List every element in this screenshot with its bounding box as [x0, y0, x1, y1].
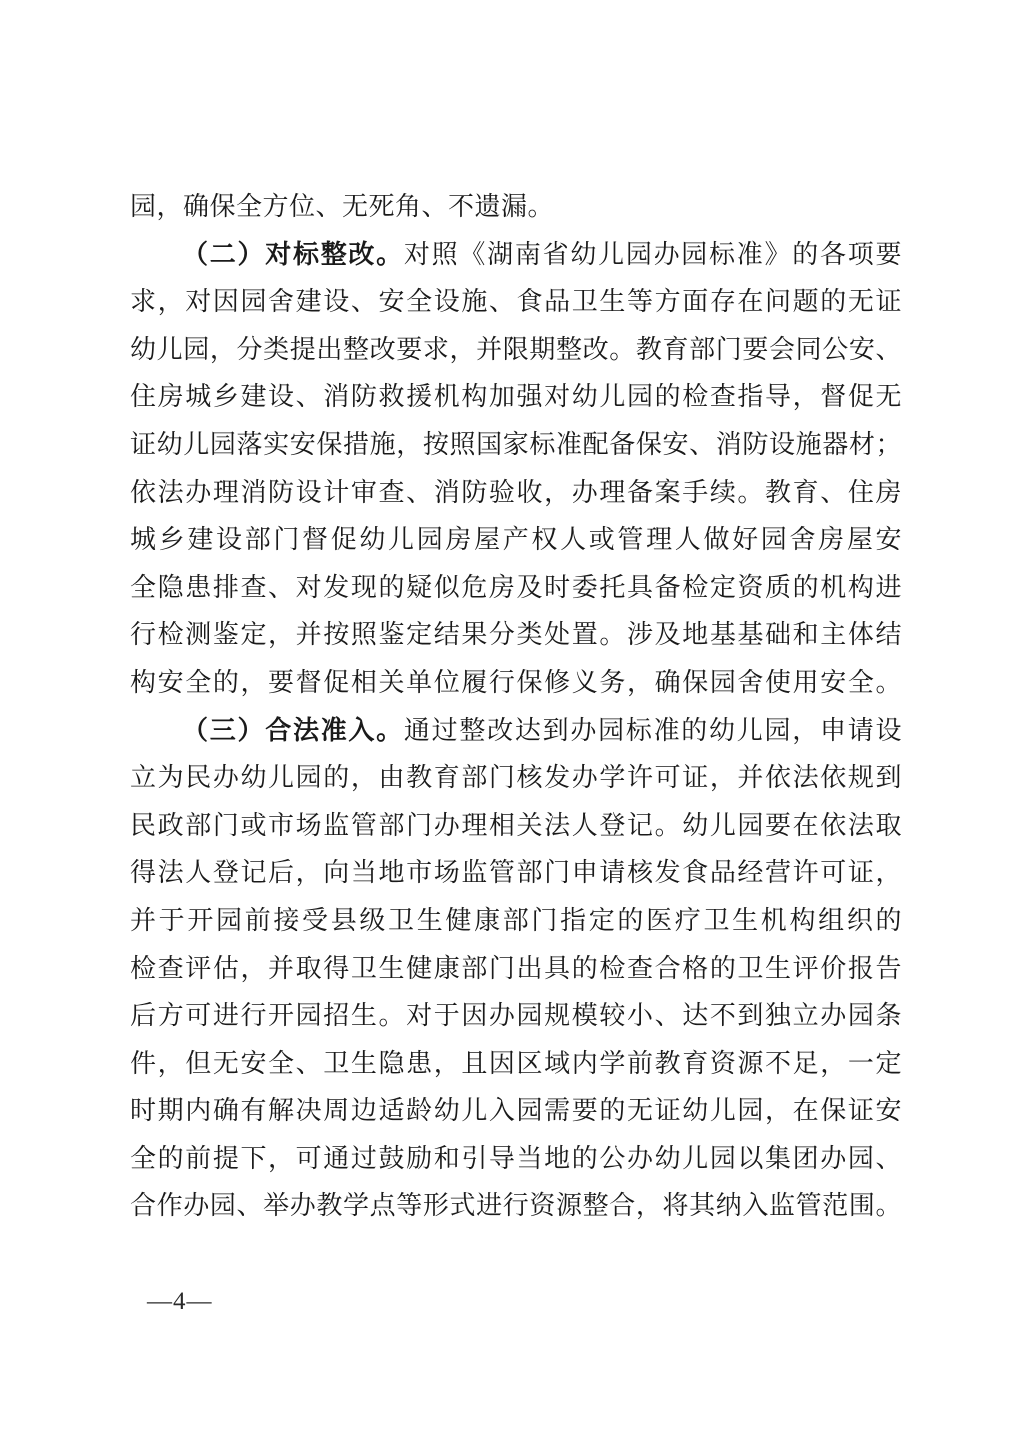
paragraph-heading: （二）对标整改。 [182, 240, 404, 269]
text-line: 城乡建设部门督促幼儿园房屋产权人或管理人做好园舍房屋安 [130, 516, 902, 564]
line-text: 园，确保全方位、无死角、不遗漏。 [130, 192, 554, 221]
line-text: 通过整改达到办园标准的幼儿园，申请设 [404, 716, 902, 745]
text-line: 全的前提下，可通过鼓励和引导当地的公办幼儿园以集团办园、 [130, 1135, 902, 1183]
text-line: 证幼儿园落实安保措施，按照国家标准配备保安、消防设施器材； [130, 421, 902, 469]
document-page: 园，确保全方位、无死角、不遗漏。 （二）对标整改。对照《湖南省幼儿园办园标准》的… [0, 0, 1024, 1448]
text-line: 时期内确有解决周边适龄幼儿入园需要的无证幼儿园，在保证安 [130, 1087, 902, 1135]
line-text: 行检测鉴定，并按照鉴定结果分类处置。涉及地基基础和主体结 [130, 620, 902, 649]
text-line: 立为民办幼儿园的，由教育部门核发办学许可证，并依法依规到 [130, 754, 902, 802]
line-text: 时期内确有解决周边适龄幼儿入园需要的无证幼儿园，在保证安 [130, 1096, 902, 1125]
text-line: 民政部门或市场监管部门办理相关法人登记。幼儿园要在依法取 [130, 802, 902, 850]
text-line: 住房城乡建设、消防救援机构加强对幼儿园的检查指导，督促无 [130, 373, 902, 421]
line-text: 检查评估，并取得卫生健康部门出具的检查合格的卫生评价报告 [130, 954, 902, 983]
line-text: 对照《湖南省幼儿园办园标准》的各项要 [404, 240, 902, 269]
line-text: 合作办园、举办教学点等形式进行资源整合，将其纳入监管范围。 [130, 1191, 902, 1220]
text-line: （三）合法准入。通过整改达到办园标准的幼儿园，申请设 [130, 707, 902, 755]
line-text: 构安全的，要督促相关单位履行保修义务，确保园舍使用安全。 [130, 668, 902, 697]
paragraph-heading: （三）合法准入。 [182, 716, 404, 745]
line-text: 住房城乡建设、消防救援机构加强对幼儿园的检查指导，督促无 [130, 382, 902, 411]
line-text: 全隐患排查、对发现的疑似危房及时委托具备检定资质的机构进 [130, 573, 902, 602]
document-body: 园，确保全方位、无死角、不遗漏。 （二）对标整改。对照《湖南省幼儿园办园标准》的… [130, 183, 902, 1230]
text-line: 检查评估，并取得卫生健康部门出具的检查合格的卫生评价报告 [130, 945, 902, 993]
text-line: 得法人登记后，向当地市场监管部门申请核发食品经营许可证， [130, 849, 902, 897]
page-number: —4— [147, 1288, 213, 1316]
line-text: 民政部门或市场监管部门办理相关法人登记。幼儿园要在依法取 [130, 811, 902, 840]
text-line: 并于开园前接受县级卫生健康部门指定的医疗卫生机构组织的 [130, 897, 902, 945]
text-line: 合作办园、举办教学点等形式进行资源整合，将其纳入监管范围。 [130, 1182, 902, 1230]
line-text: 得法人登记后，向当地市场监管部门申请核发食品经营许可证， [130, 858, 902, 887]
text-line: 后方可进行开园招生。对于因办园规模较小、达不到独立办园条 [130, 992, 902, 1040]
line-text: 件，但无安全、卫生隐患，且因区域内学前教育资源不足，一定 [130, 1049, 902, 1078]
text-line: 依法办理消防设计审查、消防验收，办理备案手续。教育、住房 [130, 469, 902, 517]
line-text: 证幼儿园落实安保措施，按照国家标准配备保安、消防设施器材； [130, 430, 902, 459]
line-text: 城乡建设部门督促幼儿园房屋产权人或管理人做好园舍房屋安 [130, 525, 902, 554]
line-text: 后方可进行开园招生。对于因办园规模较小、达不到独立办园条 [130, 1001, 902, 1030]
text-line: 构安全的，要督促相关单位履行保修义务，确保园舍使用安全。 [130, 659, 902, 707]
text-line: （二）对标整改。对照《湖南省幼儿园办园标准》的各项要 [130, 231, 902, 279]
text-line: 幼儿园，分类提出整改要求，并限期整改。教育部门要会同公安、 [130, 326, 902, 374]
line-text: 依法办理消防设计审查、消防验收，办理备案手续。教育、住房 [130, 478, 902, 507]
line-text: 幼儿园，分类提出整改要求，并限期整改。教育部门要会同公安、 [130, 335, 902, 364]
line-text: 立为民办幼儿园的，由教育部门核发办学许可证，并依法依规到 [130, 763, 902, 792]
text-line: 求，对因园舍建设、安全设施、食品卫生等方面存在问题的无证 [130, 278, 902, 326]
line-text: 全的前提下，可通过鼓励和引导当地的公办幼儿园以集团办园、 [130, 1144, 902, 1173]
line-text: 求，对因园舍建设、安全设施、食品卫生等方面存在问题的无证 [130, 287, 902, 316]
text-line: 件，但无安全、卫生隐患，且因区域内学前教育资源不足，一定 [130, 1040, 902, 1088]
line-text: 并于开园前接受县级卫生健康部门指定的医疗卫生机构组织的 [130, 906, 902, 935]
text-line: 园，确保全方位、无死角、不遗漏。 [130, 183, 902, 231]
text-line: 行检测鉴定，并按照鉴定结果分类处置。涉及地基基础和主体结 [130, 611, 902, 659]
text-line: 全隐患排查、对发现的疑似危房及时委托具备检定资质的机构进 [130, 564, 902, 612]
